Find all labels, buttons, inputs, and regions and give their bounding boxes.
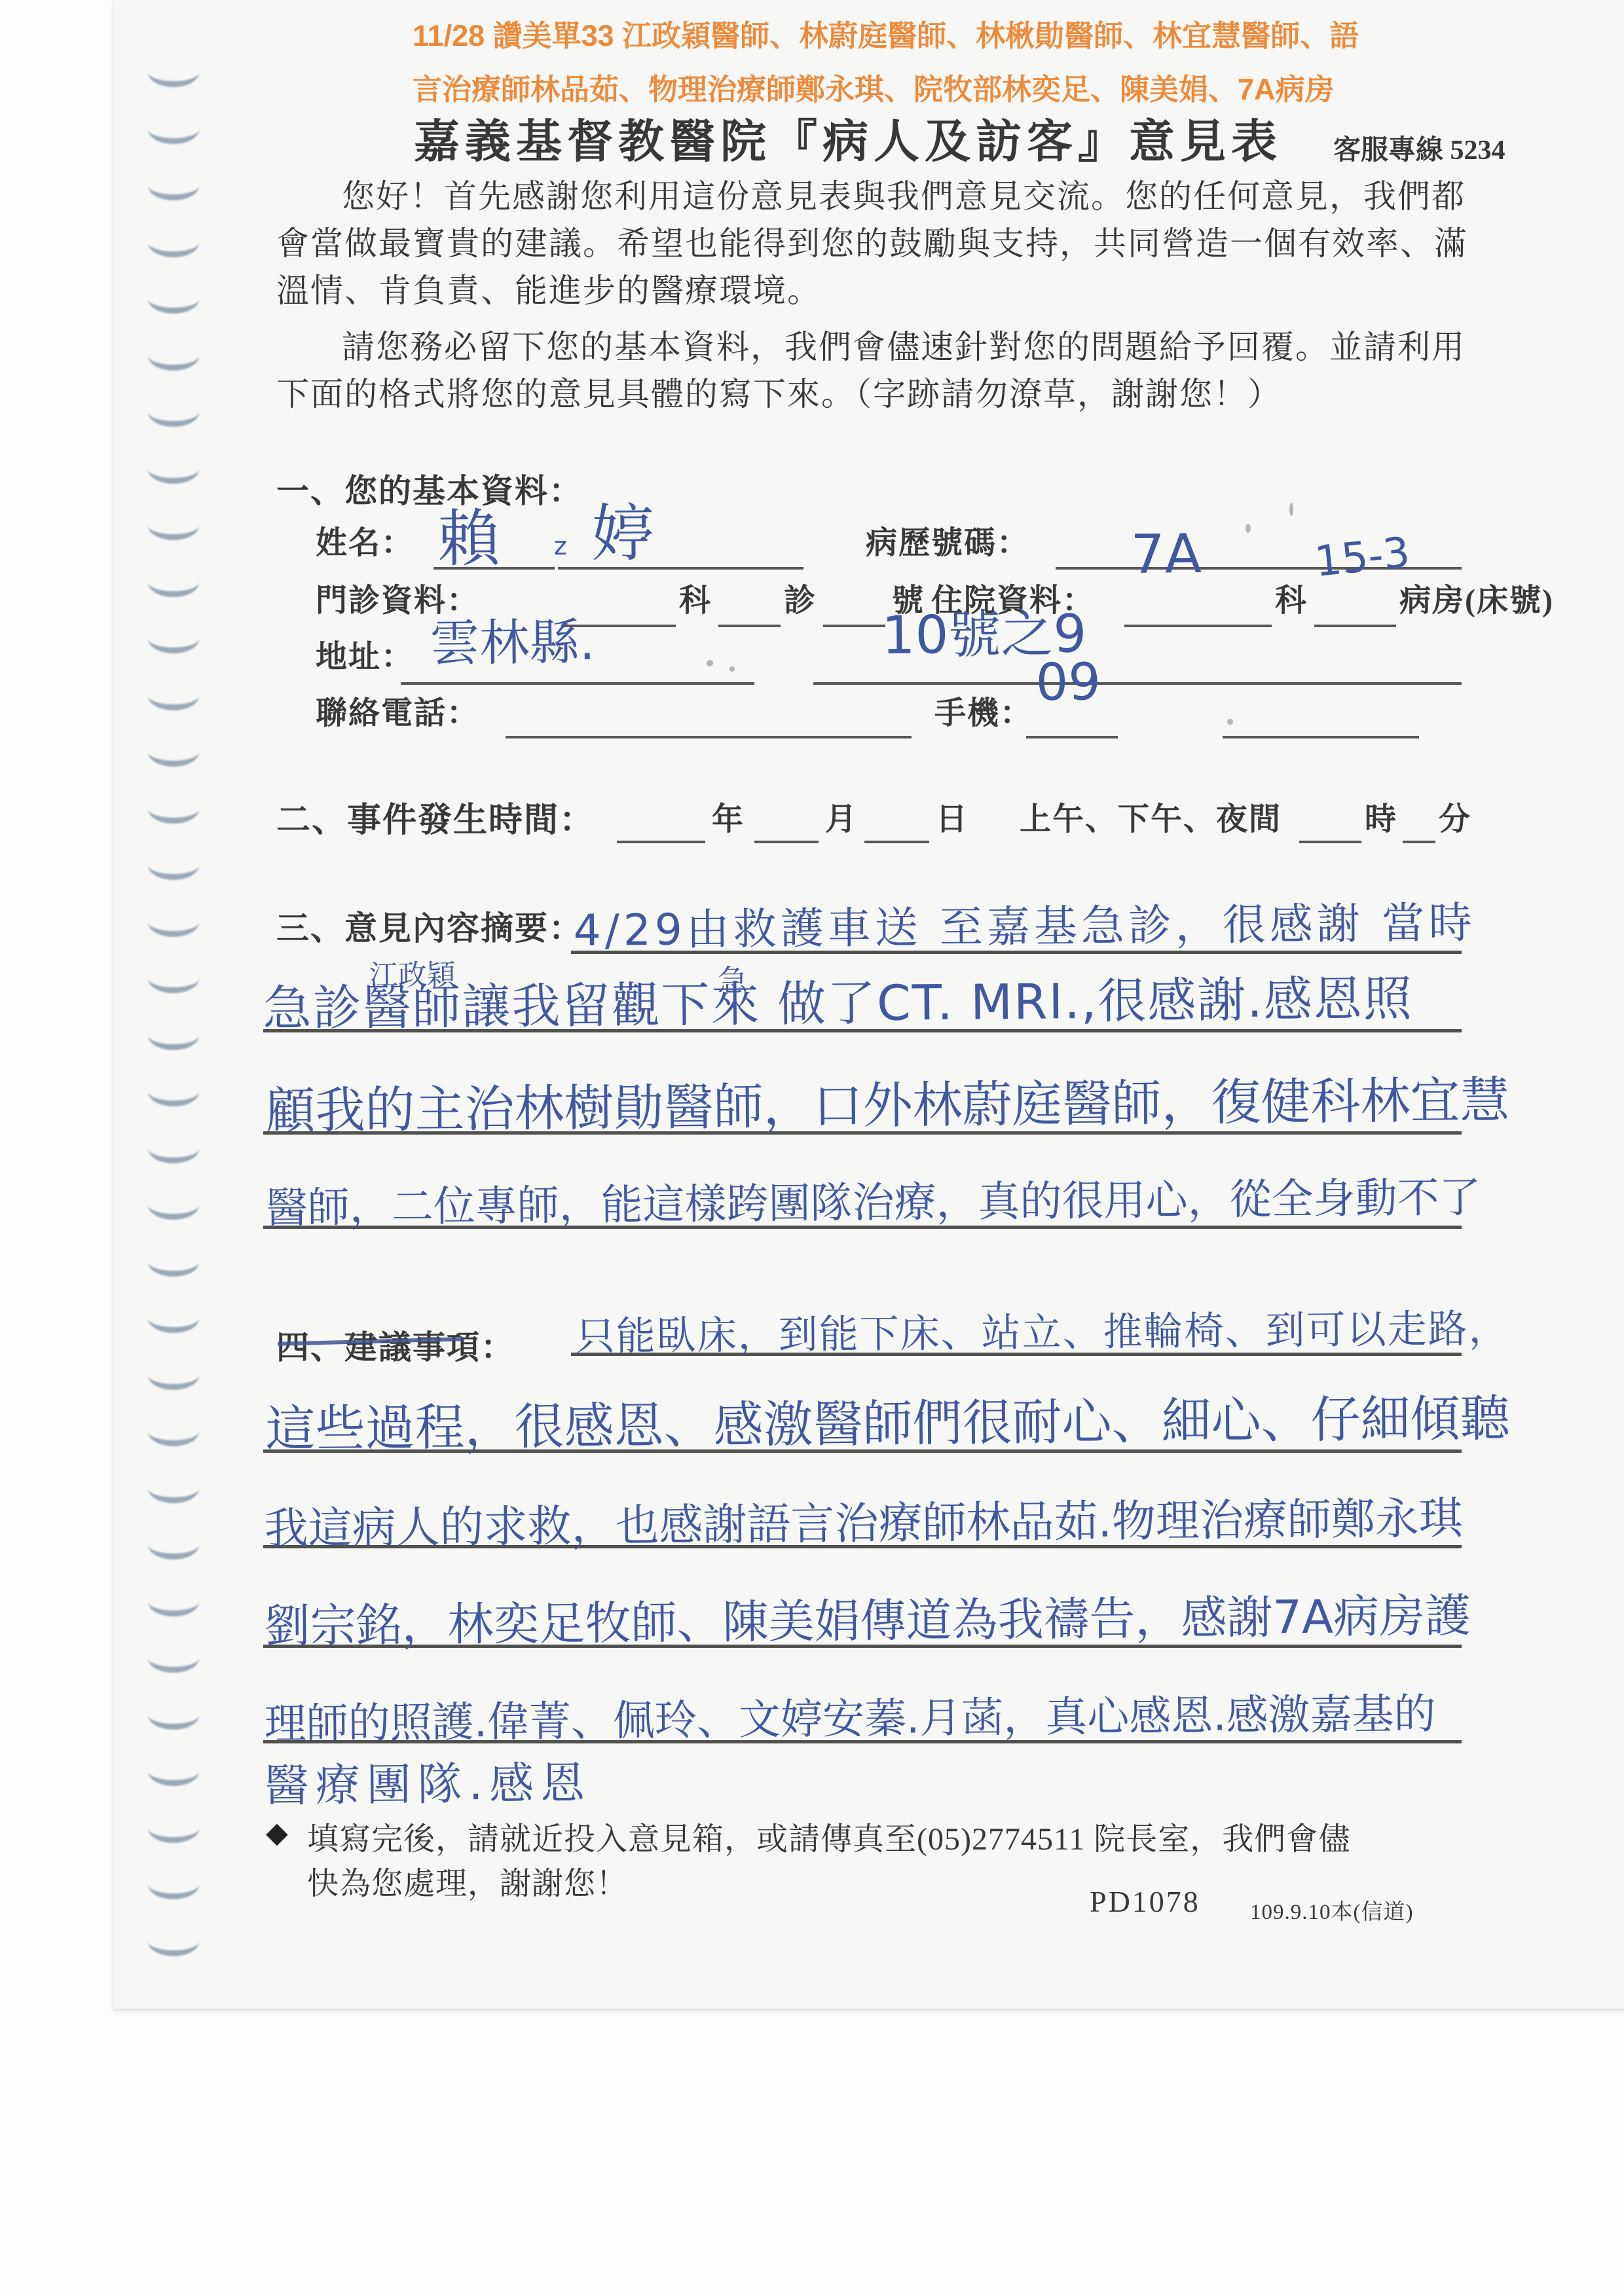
binding-hole-shadow	[148, 907, 199, 937]
inpatient-bed-underline	[1314, 625, 1396, 627]
binding-hole-shadow	[148, 568, 199, 597]
binding-hole-shadow	[148, 171, 199, 200]
suggestion-handwritten-line3: 我這病人的求救，也感謝語言治療師林品茹.物理治療師鄭永琪	[264, 1484, 1463, 1557]
outpatient-clinic-underline	[718, 625, 781, 627]
binding-hole-shadow	[148, 1417, 199, 1446]
chart-number-label: 病歷號碼：	[866, 517, 1029, 562]
scan-speck	[1227, 719, 1233, 725]
binding-hole-shadow	[148, 1530, 199, 1559]
binding-hole-shadow	[148, 1021, 199, 1050]
scan-speck	[1289, 503, 1293, 516]
address-underline-1	[401, 682, 754, 685]
hour-underline	[1299, 841, 1361, 843]
mobile-underline-1	[1026, 736, 1118, 738]
address-label: 地址：	[316, 631, 414, 676]
mobile-underline-2	[1223, 736, 1419, 738]
intro-p1-line1: 您好！首先感謝您利用這份意見表與我們意見交流。您的任何意見，我們都	[276, 173, 1475, 220]
binding-hole-shadow	[148, 850, 199, 880]
praise-note: 11/28 讚美單33 江政穎醫師、林蔚庭醫師、林楸勛醫師、林宜慧醫師、語 言治…	[413, 9, 1329, 117]
opinion-handwritten-line1: 4/29由救護車送 至嘉基急診，很感謝 當時	[573, 888, 1476, 958]
binding-hole-shadow	[148, 1927, 199, 1956]
binding-hole-shadow	[148, 1587, 199, 1616]
intro-p2-line2: 下面的格式將您的意見具體的寫下來。（字跡請勿潦草，謝謝您！）	[276, 371, 1475, 418]
address-handwritten-county: 雲林縣.	[430, 602, 595, 675]
day-unit: 日	[936, 793, 969, 839]
binding-hole-shadow	[148, 228, 199, 257]
suggestion-handwritten-line4: 劉宗銘，林奕足牧師、陳美娟傳道為我禱告，感謝7A病房護	[264, 1579, 1471, 1656]
outpatient-number-underline	[823, 625, 885, 627]
phone-label: 聯絡電話：	[316, 687, 479, 733]
name-handwritten-surname: 賴	[437, 489, 500, 579]
name-handwritten-given: 婷	[591, 484, 654, 574]
mobile-handwritten: 09	[1035, 653, 1101, 712]
binding-hole-shadow	[148, 1360, 199, 1390]
name-handwritten-mark: z	[554, 532, 567, 560]
footer-note-line1: 填寫完後，請就近投入意見箱，或請傳真至(05)2774511 院長室，我們會儘	[307, 1813, 1350, 1859]
inpatient-dept-unit: 科	[1275, 575, 1308, 620]
form-code: PD1078	[1090, 1884, 1200, 1919]
binding-hole-shadow	[148, 397, 199, 427]
section3-heading: 三、意見內容摘要：	[276, 902, 583, 949]
binding-hole-shadow	[148, 115, 199, 144]
binding-hole-shadow	[148, 794, 199, 824]
opinion-handwritten-line4: 醫師，二位專師，能這樣跨團隊治療，真的很用心，從全身動不了	[265, 1164, 1481, 1235]
scan-speck	[729, 666, 735, 672]
suggestion-handwritten-line2: 這些過程，很感恩、感激醫師們很耐心、細心、仔細傾聽	[265, 1378, 1510, 1461]
inpatient-bed-handwritten: 15-3	[1312, 528, 1412, 587]
binding-hole-shadow	[148, 1190, 199, 1220]
scanned-form-page: 11/28 讚美單33 江政穎醫師、林蔚庭醫師、林楸勛醫師、林宜慧醫師、語 言治…	[113, 0, 1624, 2011]
suggestion-handwritten-line1: 只能臥床，到能下床、站立、推輪椅、到可以走路，	[575, 1298, 1509, 1362]
binding-hole-shadow	[148, 58, 199, 87]
binding-hole-shadow	[148, 1134, 199, 1163]
section2-heading: 二、事件發生時間：	[276, 792, 595, 841]
binding-hole-shadow	[148, 624, 199, 653]
binding-hole-shadow	[148, 1474, 199, 1503]
binding-hole-shadow	[148, 511, 199, 540]
month-underline	[754, 841, 819, 843]
outpatient-clinic-unit: 診	[784, 575, 817, 620]
month-unit: 月	[825, 793, 858, 839]
binding-hole-shadow	[148, 1757, 199, 1786]
phone-underline	[506, 736, 912, 738]
period-options: 上午、下午、夜間	[1020, 793, 1282, 839]
minute-unit: 分	[1439, 793, 1471, 839]
scan-speck	[707, 660, 713, 666]
intro-p2-line1: 請您務必留下您的基本資料，我們會儘速針對您的問題給予回覆。並請利用	[276, 323, 1475, 371]
inpatient-ward-underline	[1124, 625, 1272, 627]
binding-hole-shadow	[148, 964, 199, 993]
footer-note-line2: 快為您處理，謝謝您！	[307, 1858, 628, 1903]
form-title: 嘉義基督教醫院『病人及訪客』意見表	[414, 105, 1282, 171]
binding-hole-shadow	[148, 1247, 199, 1277]
suggestion-handwritten-line6: 醫療團隊.感恩	[264, 1748, 591, 1814]
suggestion-handwritten-line5: 理師的照護.偉菁、佩玲、文婷安蓁.月菡，真心感恩.感激嘉基的	[264, 1680, 1436, 1751]
print-info: 109.9.10本(信道)	[1250, 1895, 1413, 1925]
intro-p1-line2: 會當做最寶貴的建議。希望也能得到您的鼓勵與支持，共同營造一個有效率、滿	[276, 220, 1475, 267]
inpatient-ward-handwritten: 7A	[1130, 523, 1202, 586]
binding-hole-shadow	[148, 1813, 199, 1843]
intro-p1-line3: 溫情、肯負責、能進步的醫療環境。	[276, 267, 1475, 314]
binding-hole-shadow	[148, 737, 199, 767]
intro-paragraph-2: 請您務必留下您的基本資料，我們會儘速針對您的問題給予回覆。並請利用 下面的格式將…	[276, 323, 1475, 418]
opinion-handwritten-line2: 急診醫師讓我留觀下來 做了CT. MRI.,很感謝.感恩照	[263, 960, 1413, 1040]
year-unit: 年	[712, 793, 745, 839]
opinion-handwritten-line3: 顧我的主治林樹勛醫師，口外林蔚庭醫師，復健科林宜慧	[265, 1060, 1510, 1142]
praise-note-line1: 11/28 讚美單33 江政穎醫師、林蔚庭醫師、林楸勛醫師、林宜慧醫師、語	[413, 9, 1329, 63]
binding-hole-shadow	[148, 1870, 199, 1899]
intro-paragraph-1: 您好！首先感謝您利用這份意見表與我們意見交流。您的任何意見，我們都 會當做最寶貴…	[276, 173, 1475, 314]
binding-hole-shadow	[148, 1077, 199, 1106]
binding-hole-shadow	[148, 1303, 199, 1333]
binding-hole-shadow	[148, 454, 199, 484]
inpatient-suffix: 病房(床號)	[1399, 575, 1554, 620]
address-underline-2	[813, 682, 1462, 685]
binding-hole-shadow	[148, 341, 199, 371]
year-underline	[617, 841, 705, 843]
binding-hole-shadow	[148, 284, 199, 314]
binding-hole-shadow	[148, 681, 199, 710]
scan-speck	[1246, 524, 1251, 533]
service-hotline: 客服專線 5234	[1333, 128, 1505, 168]
section1-heading: 一、您的基本資料：	[276, 465, 583, 512]
outpatient-dept-unit: 科	[679, 575, 712, 620]
diamond-bullet: ◆	[266, 1816, 288, 1850]
name-label: 姓名：	[316, 517, 414, 562]
binding-hole-shadow	[148, 1700, 199, 1730]
mobile-label: 手機：	[934, 687, 1033, 733]
hour-unit: 時	[1365, 793, 1397, 839]
binding-hole-shadow	[148, 1643, 199, 1673]
day-underline	[864, 841, 929, 843]
minute-underline	[1403, 841, 1435, 843]
